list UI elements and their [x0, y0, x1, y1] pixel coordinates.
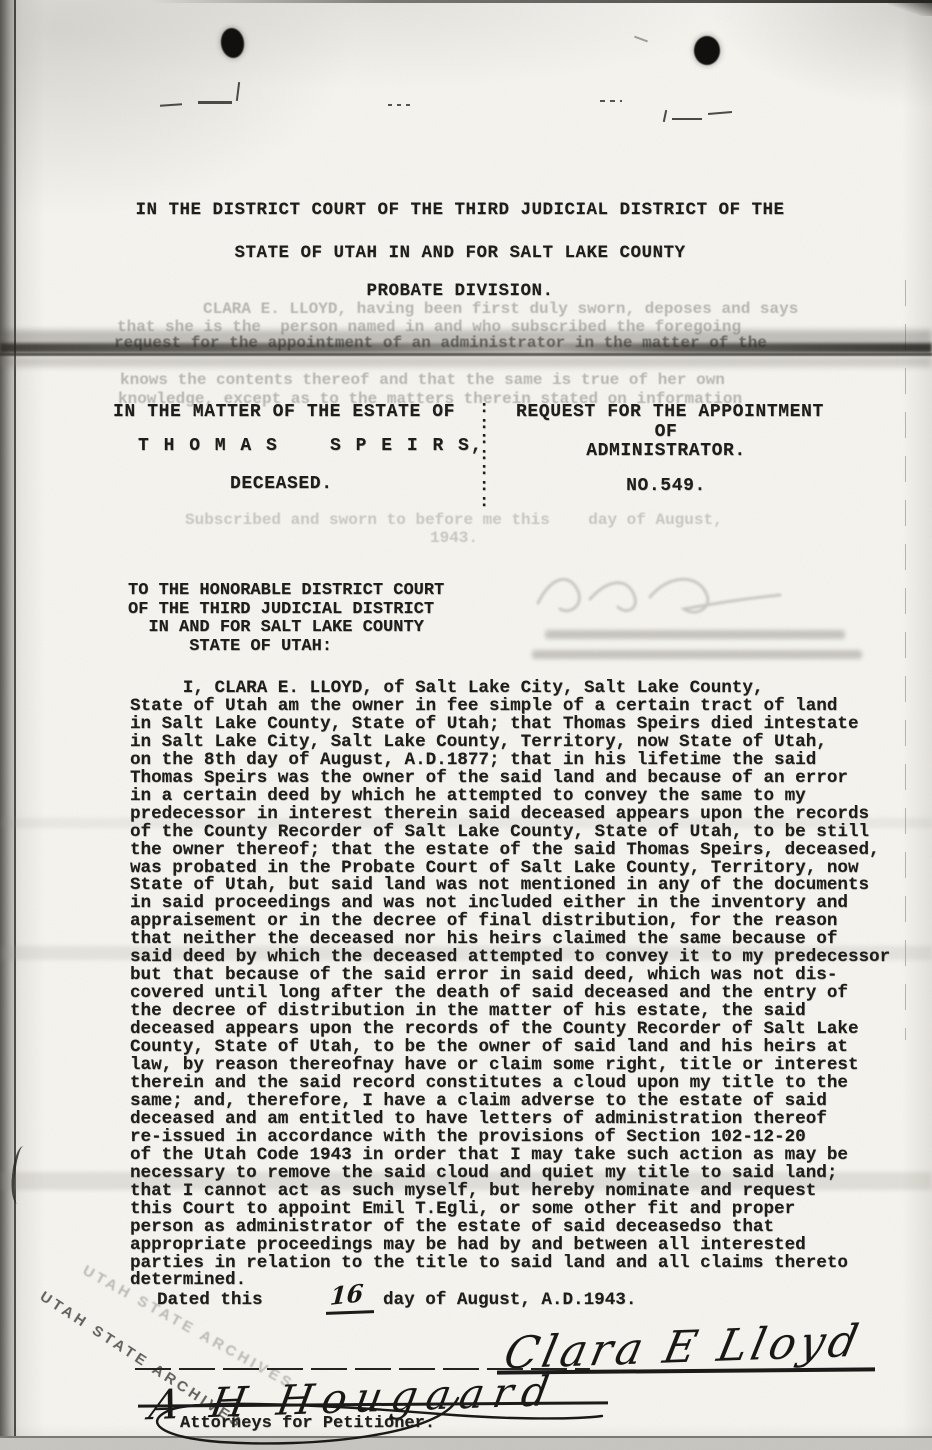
day-underline — [326, 1310, 374, 1314]
body-line: that I cannot act as such myself, but he… — [130, 1183, 890, 1201]
body-line: person as administrator of the estate of… — [130, 1219, 890, 1237]
caption-matter-line: IN THE MATTER OF THE ESTATE OF — [113, 402, 455, 422]
body-line: this Court to appoint Emil T.Egli, or so… — [130, 1201, 890, 1219]
punch-hole-right — [694, 36, 720, 65]
scanned-probate-document: IN THE DISTRICT COURT OF THE THIRD JUDIC… — [0, 0, 932, 1450]
court-header-line-1: IN THE DISTRICT COURT OF THE THIRD JUDIC… — [0, 200, 920, 220]
body-line: the owner thereof; that the estate of th… — [130, 842, 890, 860]
bleedthrough-line: CLARA E. LLOYD, having been first duly s… — [203, 300, 798, 318]
court-header-line-2: STATE OF UTAH IN AND FOR SALT LAKE COUNT… — [0, 243, 920, 263]
caption-request-line-1: REQUEST FOR THE APPOINTMENT — [516, 402, 816, 422]
caption-separator-colons: : : : : : : : — [479, 401, 489, 510]
bleedthrough-line: knows the contents thereof and that the … — [120, 371, 725, 389]
pencil-mark — [708, 111, 732, 115]
fold-crease-core — [0, 343, 932, 353]
pencil-mark — [600, 100, 622, 102]
scan-corner-top-right — [888, 0, 932, 16]
attorney-title: Attorneys for Petitioner. — [180, 1414, 435, 1433]
salutation-line: IN AND FOR SALT LAKE COUNTY — [128, 619, 444, 638]
handwritten-day: 16 — [329, 1278, 364, 1311]
body-line: predecessor in interest therein said dec… — [130, 806, 890, 824]
dated-suffix: day of August, A.D.1943. — [383, 1290, 636, 1310]
petition-body: I, CLARA E. LLOYD, of Salt Lake City, Sa… — [130, 680, 890, 1290]
salutation-line: TO THE HONORABLE DISTRICT COURT — [128, 582, 444, 601]
scan-edge-right-line — [905, 280, 906, 1040]
pencil-mark — [672, 118, 702, 120]
caption-request-line-2: OF — [516, 422, 816, 442]
bleedthrough-notary-year: 1943. — [430, 529, 478, 547]
bleedthrough-signature-squiggle — [530, 565, 810, 620]
case-number: NO.549. — [516, 476, 816, 496]
salutation-block: TO THE HONORABLE DISTRICT COURTOF THE TH… — [128, 582, 444, 657]
pencil-mark — [388, 104, 414, 106]
salutation-line: STATE OF UTAH: — [128, 638, 444, 657]
caption-deceased-label: DECEASED. — [230, 474, 333, 494]
pencil-mark — [663, 110, 667, 122]
salutation-line: OF THE THIRD JUDICIAL DISTRICT — [128, 601, 444, 620]
court-header-line-3: PROBATE DIVISION. — [0, 281, 920, 301]
bleedthrough-text-bar — [545, 630, 845, 639]
body-line: necessary to remove the said cloud and q… — [130, 1165, 890, 1183]
pencil-mark — [198, 101, 232, 104]
caption-decedent-name: T H O M A S S P E I R S, — [138, 436, 484, 456]
scan-edge-top-line — [150, 0, 932, 3]
caption-request-line-3: ADMINISTRATOR. — [516, 441, 816, 461]
bleedthrough-notary: Subscribed and sworn to before me this d… — [185, 511, 723, 529]
fold-crease-smudge — [0, 330, 932, 344]
fold-crease-shadow — [0, 356, 932, 367]
pencil-mark — [236, 82, 240, 101]
body-line: of the County Recorder of Salt Lake Coun… — [130, 824, 890, 842]
punch-hole-left — [219, 27, 246, 60]
pencil-mark — [634, 36, 648, 43]
body-line: appropriate proceedings may be had by an… — [130, 1237, 890, 1255]
bleedthrough-text-bar — [532, 650, 862, 659]
body-line: in a certain deed by which he attempted … — [130, 788, 890, 806]
body-line: determined. — [130, 1272, 890, 1290]
dated-prefix: Dated this — [157, 1290, 263, 1310]
pencil-mark — [160, 103, 182, 107]
